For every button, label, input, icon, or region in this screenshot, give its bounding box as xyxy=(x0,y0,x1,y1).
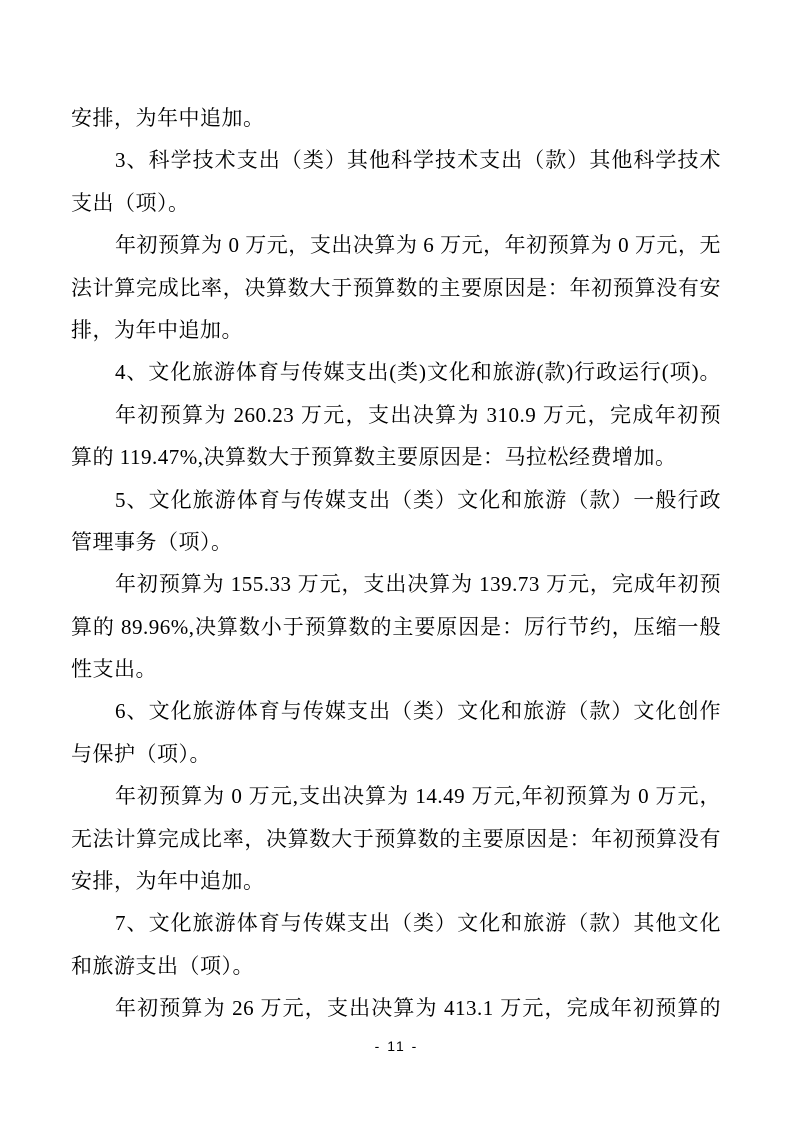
text-line: 算的 119.47%,决算数大于预算数主要原因是：马拉松经费增加。 xyxy=(71,436,721,478)
text-line: 安排，为年中追加。 xyxy=(71,860,721,902)
text-line: 年初预算为 260.23 万元，支出决算为 310.9 万元，完成年初预 xyxy=(71,394,721,436)
text-line: 无法计算完成比率，决算数大于预算数的主要原因是：年初预算没有 xyxy=(71,818,721,860)
text-line: 3、科学技术支出（类）其他科学技术支出（款）其他科学技术 xyxy=(71,139,721,181)
text-line: 性支出。 xyxy=(71,648,721,690)
text-line: 支出（项）。 xyxy=(71,182,721,224)
text-line: 7、文化旅游体育与传媒支出（类）文化和旅游（款）其他文化 xyxy=(71,902,721,944)
text-line: 管理事务（项）。 xyxy=(71,521,721,563)
text-line: 年初预算为 26 万元，支出决算为 413.1 万元，完成年初预算的 xyxy=(71,987,721,1029)
text-line: 排，为年中追加。 xyxy=(71,309,721,351)
document-body: 安排，为年中追加。3、科学技术支出（类）其他科学技术支出（款）其他科学技术支出（… xyxy=(71,97,721,1030)
text-line: 年初预算为 155.33 万元，支出决算为 139.73 万元，完成年初预 xyxy=(71,563,721,605)
text-line: 和旅游支出（项）。 xyxy=(71,945,721,987)
text-line: 算的 89.96%,决算数小于预算数的主要原因是：厉行节约，压缩一般 xyxy=(71,606,721,648)
text-line: 安排，为年中追加。 xyxy=(71,97,721,139)
text-line: 与保护（项）。 xyxy=(71,733,721,775)
text-line: 年初预算为 0 万元，支出决算为 6 万元，年初预算为 0 万元，无 xyxy=(71,224,721,266)
text-line: 4、文化旅游体育与传媒支出(类)文化和旅游(款)行政运行(项)。 xyxy=(71,351,721,393)
text-line: 5、文化旅游体育与传媒支出（类）文化和旅游（款）一般行政 xyxy=(71,479,721,521)
text-line: 6、文化旅游体育与传媒支出（类）文化和旅游（款）文化创作 xyxy=(71,690,721,732)
text-line: 法计算完成比率，决算数大于预算数的主要原因是：年初预算没有安 xyxy=(71,267,721,309)
document-page: 安排，为年中追加。3、科学技术支出（类）其他科学技术支出（款）其他科学技术支出（… xyxy=(0,0,793,1122)
text-line: 年初预算为 0 万元,支出决算为 14.49 万元,年初预算为 0 万元， xyxy=(71,775,721,817)
page-number: - 11 - xyxy=(0,1036,793,1056)
